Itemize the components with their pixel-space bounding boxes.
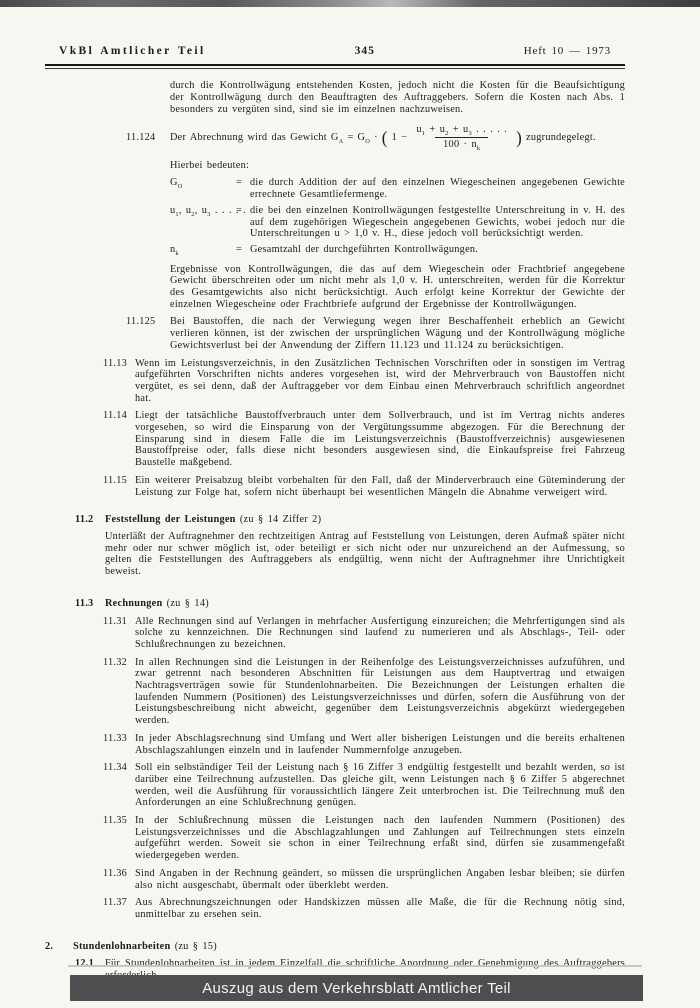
formula-one-minus: 1 − (392, 132, 408, 144)
definition-text: die bei den einzelnen Kontrollwägungen f… (250, 205, 625, 240)
paragraph-11-15: 11.15 Ein weiterer Preisabzug bleibt vor… (103, 475, 625, 498)
section-title: Feststellung der Leistungen (105, 514, 236, 525)
item-body: In jeder Abschlagsrechnung sind Umfang u… (135, 733, 625, 756)
item-body: Wenn im Leistungsverzeichnis, in den Zus… (135, 358, 625, 405)
header-rule-thin (45, 68, 625, 69)
section-reference: (zu § 14 Ziffer 2) (240, 514, 321, 525)
item-body: Aus Abrechnungszeichnungen oder Handskiz… (135, 897, 625, 920)
paragraph-ergebnisse: Ergebnisse von Kontrollwägungen, die das… (170, 264, 625, 311)
paragraph-11-13: 11.13 Wenn im Leistungsverzeichnis, in d… (103, 358, 625, 405)
page-content: VkBl Amtlicher Teil 345 Heft 10 — 1973 d… (45, 46, 625, 982)
definition-term: nk (170, 244, 236, 256)
scanned-document-page: VkBl Amtlicher Teil 345 Heft 10 — 1973 d… (0, 0, 700, 1008)
section-reference: (zu § 15) (175, 941, 217, 952)
item-number: 11.35 (103, 815, 135, 827)
item-body: In allen Rechnungen sind die Leistungen … (135, 657, 625, 727)
item-number: 11.15 (103, 475, 135, 487)
definition-equals: = (236, 205, 250, 240)
section-number: 11.3 (75, 598, 105, 610)
section-reference: (zu § 14) (167, 598, 209, 609)
item-body: Bei Baustoffen, die nach der Verwiegung … (170, 316, 625, 351)
paragraph-11-33: 11.33 In jeder Abschlagsrechnung sind Um… (103, 733, 625, 756)
item-number: 11.36 (103, 868, 135, 880)
formula-lead: Der Abrechnung wird das Gewicht (170, 132, 327, 144)
definition-equals: = (236, 177, 250, 200)
paragraph-11-124: 11.124 Der Abrechnung wird das Gewicht G… (126, 124, 625, 150)
issue-label: Heft 10 — 1973 (524, 46, 611, 58)
continued-paragraph: durch die Kontrollwägung entstehenden Ko… (170, 80, 625, 115)
fraction-numerator: u1 + u2 + u3 . . . . . (413, 124, 510, 137)
definition-nk: nk = Gesamtzahl der durchgeführten Kontr… (170, 244, 625, 256)
paragraph-11-36: 11.36 Sind Angaben in der Rechnung geänd… (103, 868, 625, 891)
formula-ga: GA (331, 132, 344, 144)
item-number: 11.31 (103, 616, 135, 628)
paragraph-11-14: 11.14 Liegt der tatsächliche Baustoffver… (103, 410, 625, 469)
section-heading-11-2: 11.2 Feststellung der Leistungen (zu § 1… (75, 514, 625, 526)
item-body: In der Schlußrechnung müssen die Leistun… (135, 815, 625, 862)
paragraph-11-32: 11.32 In allen Rechnungen sind die Leist… (103, 657, 625, 727)
paragraph-11-125: 11.125 Bei Baustoffen, die nach der Verw… (126, 316, 625, 351)
paragraph-11-31: 11.31 Alle Rechnungen sind auf Verlangen… (103, 616, 625, 651)
item-body: Ein weiterer Preisabzug bleibt vorbehalt… (135, 475, 625, 498)
section-number: 11.2 (75, 514, 105, 526)
definition-equals: = (236, 244, 250, 256)
item-body: Liegt der tatsächliche Baustoffverbrauch… (135, 410, 625, 469)
definition-u: u1, u2, u3 . . . . . = die bei den einze… (170, 205, 625, 240)
section-title: Stundenlohnarbeiten (73, 941, 170, 952)
paragraph-11-2-body: Unterläßt der Auftragnehmer den rechtzei… (105, 531, 625, 578)
journal-title: VkBl Amtlicher Teil (59, 46, 206, 58)
item-number: 11.14 (103, 410, 135, 422)
footer-separator-line (68, 965, 642, 967)
formula-fraction: u1 + u2 + u3 . . . . . 100 · nk (413, 124, 510, 150)
weight-formula: Der Abrechnung wird das Gewicht GA = GO … (170, 124, 625, 150)
paragraph-11-34: 11.34 Soll ein selbständiger Teil der Le… (103, 762, 625, 809)
scan-top-edge (0, 0, 700, 7)
header-rule-thick (45, 64, 625, 67)
paragraph-11-37: 11.37 Aus Abrechnungszeichnungen oder Ha… (103, 897, 625, 920)
section-heading-2: 2. Stundenlohnarbeiten (zu § 15) (45, 941, 625, 953)
formula-tail: zugrundegelegt. (526, 132, 596, 144)
section-number: 2. (45, 941, 73, 953)
footer-banner: Auszug aus dem Verkehrsblatt Amtlicher T… (70, 975, 643, 1001)
paragraph-11-35: 11.35 In der Schlußrechnung müssen die L… (103, 815, 625, 862)
definition-text: Gesamtzahl der durchgeführten Kontrollwä… (250, 244, 625, 256)
fraction-denominator: 100 · nk (435, 137, 488, 151)
item-number: 11.125 (126, 316, 170, 328)
formula-dot: · (374, 132, 378, 144)
item-number: 11.32 (103, 657, 135, 669)
section-heading-11-3: 11.3 Rechnungen (zu § 14) (75, 598, 625, 610)
hierbei-label: Hierbei bedeuten: (170, 160, 625, 172)
item-number: 11.37 (103, 897, 135, 909)
page-number: 345 (355, 46, 375, 58)
definition-go: GO = die durch Addition der auf den einz… (170, 177, 625, 200)
definition-term: GO (170, 177, 236, 200)
item-body: Soll ein selbständiger Teil der Leistung… (135, 762, 625, 809)
page-header: VkBl Amtlicher Teil 345 Heft 10 — 1973 (45, 46, 625, 64)
item-number: 11.13 (103, 358, 135, 370)
item-body: Alle Rechnungen sind auf Verlangen in me… (135, 616, 625, 651)
item-number: 11.33 (103, 733, 135, 745)
item-body: Sind Angaben in der Rechnung geändert, s… (135, 868, 625, 891)
definition-term: u1, u2, u3 . . . . . (170, 205, 236, 240)
formula-go: GO (358, 132, 371, 144)
section-title: Rechnungen (105, 598, 162, 609)
definition-text: die durch Addition der auf den einzelnen… (250, 177, 625, 200)
item-number: 11.124 (126, 132, 170, 144)
formula-equals: = (347, 132, 353, 144)
item-number: 11.34 (103, 762, 135, 774)
